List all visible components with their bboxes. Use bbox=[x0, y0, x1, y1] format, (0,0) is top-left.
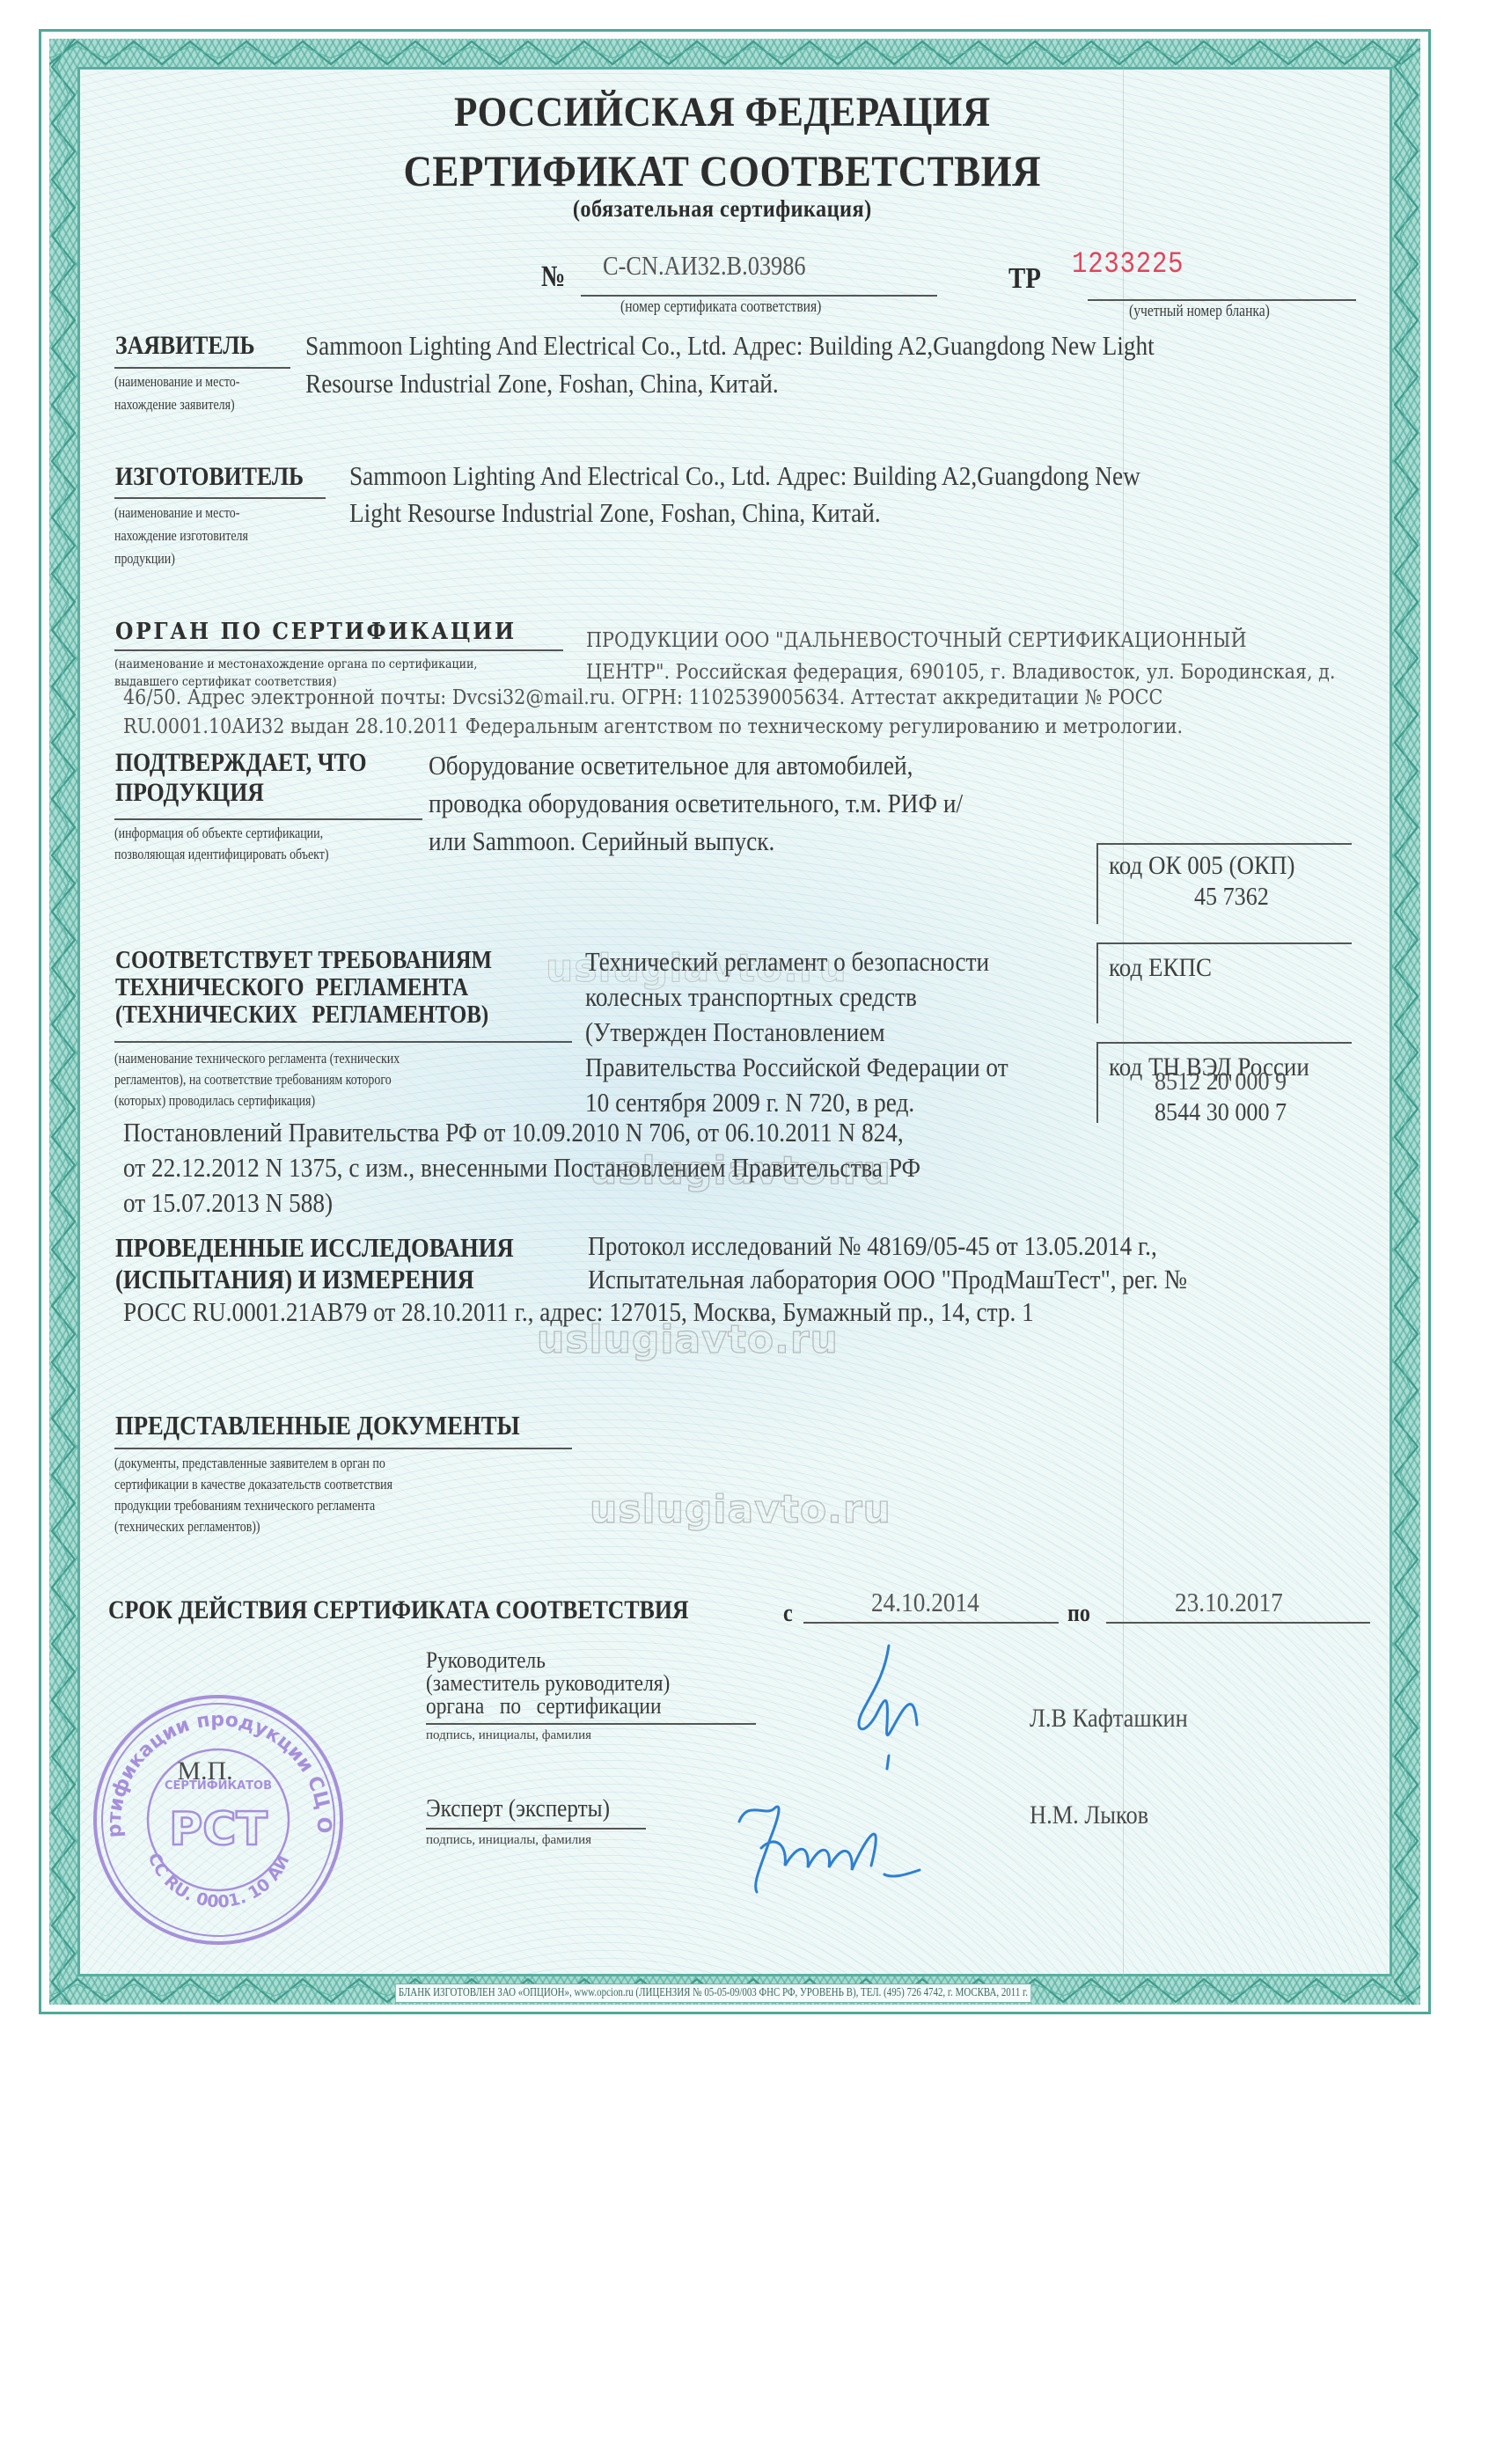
validity-to-date: 23.10.2017 bbox=[1175, 1582, 1283, 1623]
regulation-caption-1: (наименование технического регламента (т… bbox=[114, 1047, 400, 1070]
blank-imprint-footer: БЛАНК ИЗГОТОВЛЕН ЗАО «ОПЦИОН», www.opcio… bbox=[395, 1984, 1031, 2003]
manufacturer-label-rule bbox=[114, 497, 326, 499]
validity-from-word: с bbox=[783, 1600, 793, 1628]
tests-label-1: ПРОВЕДЕННЫЕ ИССЛЕДОВАНИЯ bbox=[115, 1232, 514, 1264]
cert-body-label-rule bbox=[114, 649, 563, 651]
tests-continuation: РОСС RU.0001.21АВ79 от 28.10.2011 г., ад… bbox=[123, 1292, 1034, 1332]
documents-caption-1: (документы, представленные заявителем в … bbox=[114, 1452, 385, 1475]
regulation-caption-2: регламентов), на соответствие требования… bbox=[114, 1068, 392, 1091]
country-title: РОССИЙСКАЯ ФЕДЕРАЦИЯ bbox=[75, 88, 1421, 136]
product-line-3: или Sammoon. Серийный выпуск. bbox=[429, 821, 774, 862]
head-title-2: (заместитель руководителя) bbox=[426, 1672, 670, 1695]
head-signature-caption: подпись, инициалы, фамилия bbox=[426, 1728, 591, 1743]
product-line-1: Оборудование осветительное для автомобил… bbox=[429, 745, 913, 786]
certificate-subtitle: (обязательная сертификация) bbox=[75, 195, 1421, 223]
documents-caption-3: продукции требованиям технического регла… bbox=[114, 1494, 375, 1517]
code-box-ekps-left bbox=[1096, 942, 1098, 1023]
expert-signature-handwriting bbox=[722, 1786, 942, 1901]
watermark: uslugiavto.ru bbox=[590, 1487, 891, 1532]
code-ekps-label: код ЕКПС bbox=[1109, 953, 1212, 982]
validity-from-date: 24.10.2014 bbox=[871, 1582, 979, 1623]
code-box-tnved-top bbox=[1096, 1042, 1352, 1044]
applicant-line-2: Resourse Industrial Zone, Foshan, China,… bbox=[305, 363, 779, 404]
number-sign: № bbox=[541, 260, 565, 294]
expert-name: Н.М. Лыков bbox=[1030, 1795, 1148, 1836]
validity-to-word: по bbox=[1067, 1600, 1090, 1628]
code-box-ekps-top bbox=[1096, 942, 1352, 944]
tests-label-2: (ИСПЫТАНИЯ) И ИЗМЕРЕНИЯ bbox=[115, 1264, 474, 1295]
head-title-1: Руководитель bbox=[426, 1649, 546, 1672]
applicant-label-rule bbox=[114, 367, 290, 369]
head-signature-rule bbox=[426, 1723, 756, 1725]
expert-signature-caption: подпись, инициалы, фамилия bbox=[426, 1833, 591, 1848]
regulation-label-1: СООТВЕТСТВУЕТ ТРЕБОВАНИЯМ bbox=[115, 946, 492, 975]
product-caption-1: (информация об объекте сертификации, bbox=[114, 822, 323, 845]
certificate-number: C-CN.АИ32.В.03986 bbox=[603, 250, 806, 282]
validity-label: СРОК ДЕЙСТВИЯ СЕРТИФИКАТА СООТВЕТСТВИЯ bbox=[108, 1595, 689, 1625]
documents-caption-2: сертификации в качестве доказательств со… bbox=[114, 1473, 392, 1496]
head-signature-handwriting bbox=[836, 1641, 933, 1782]
zigzag-border-right bbox=[1392, 39, 1420, 2005]
product-label-2: ПРОДУКЦИЯ bbox=[115, 778, 264, 808]
manufacturer-line-1: Sammoon Lighting And Electrical Co., Ltd… bbox=[349, 456, 1140, 496]
zigzag-border-top bbox=[49, 39, 1420, 67]
head-name: Л.В Кафташкин bbox=[1030, 1698, 1188, 1739]
product-caption-2: позволяющая идентифицировать объект) bbox=[114, 843, 329, 866]
product-line-2: проводка оборудования осветительного, т.… bbox=[429, 783, 963, 824]
regulation-continuation-3: от 15.07.2013 N 588) bbox=[123, 1183, 333, 1223]
manufacturer-caption-2: нахождение изготовителя bbox=[114, 524, 248, 547]
seal-label: М.П. bbox=[177, 1756, 232, 1786]
regulation-label-3: (ТЕХНИЧЕСКИХ РЕГЛАМЕНТОВ) bbox=[115, 1001, 488, 1030]
regulation-label-2: ТЕХНИЧЕСКОГО РЕГЛАМЕНТА bbox=[115, 973, 468, 1002]
expert-signature-rule bbox=[426, 1828, 646, 1830]
manufacturer-caption-1: (наименование и место- bbox=[114, 502, 239, 524]
applicant-line-1: Sammoon Lighting And Electrical Co., Ltd… bbox=[305, 326, 1155, 366]
blank-prefix: ТР bbox=[1008, 262, 1041, 296]
cert-body-line-4: RU.0001.10АИ32 выдан 28.10.2011 Федераль… bbox=[123, 713, 1183, 742]
manufacturer-line-2: Light Resourse Industrial Zone, Foshan, … bbox=[349, 493, 881, 533]
code-tnved-value-1: 8512 20 000 9 bbox=[1155, 1067, 1287, 1096]
code-tnved-value-2: 8544 30 000 7 bbox=[1155, 1098, 1287, 1127]
certificate-number-caption: (номер сертификата соответствия) bbox=[620, 296, 821, 319]
product-label-1: ПОДТВЕРЖДАЕТ, ЧТО bbox=[115, 748, 367, 778]
product-label-rule bbox=[114, 818, 422, 820]
certification-body-stamp: Орган по сертификации продукции СЦ ООО «… bbox=[86, 1688, 350, 1952]
regulation-caption-3: (которых) проводилась сертификация) bbox=[114, 1089, 315, 1112]
expert-title: Эксперт (эксперты) bbox=[426, 1795, 610, 1823]
validity-from-underline bbox=[803, 1622, 1059, 1624]
code-box-okp-top bbox=[1096, 843, 1352, 845]
zigzag-border-left bbox=[49, 39, 77, 2005]
cert-body-line-1: ПРОДУКЦИИ ООО "ДАЛЬНЕВОСТОЧНЫЙ СЕРТИФИКА… bbox=[586, 627, 1247, 656]
applicant-caption-2: нахождение заявителя) bbox=[114, 393, 235, 416]
documents-label-rule bbox=[114, 1448, 572, 1449]
code-box-okp-left bbox=[1096, 843, 1098, 924]
manufacturer-label: ИЗГОТОВИТЕЛЬ bbox=[115, 462, 304, 492]
validity-to-underline bbox=[1106, 1622, 1370, 1624]
manufacturer-caption-3: продукции) bbox=[114, 547, 175, 570]
blank-number: 1233225 bbox=[1072, 248, 1184, 282]
cert-body-line-3: 46/50. Адрес электронной почты: Dvcsi32@… bbox=[123, 684, 1162, 713]
stamp-rst-logo: РСТ bbox=[169, 1803, 268, 1856]
code-okp-label: код ОК 005 (ОКП) bbox=[1109, 851, 1294, 880]
cert-body-label: ОРГАН ПО СЕРТИФИКАЦИИ bbox=[115, 619, 517, 645]
documents-label: ПРЕДСТАВЛЕННЫЕ ДОКУМЕНТЫ bbox=[115, 1410, 520, 1441]
certificate-title: СЕРТИФИКАТ СООТВЕТСТВИЯ bbox=[75, 145, 1421, 196]
regulation-label-rule bbox=[114, 1041, 572, 1043]
applicant-caption-1: (наименование и место- bbox=[114, 370, 239, 393]
head-title-3: органа по сертификации bbox=[426, 1695, 661, 1718]
documents-caption-4: (технических регламентов)) bbox=[114, 1515, 260, 1538]
code-box-tnved-left bbox=[1096, 1042, 1098, 1123]
applicant-label: ЗАЯВИТЕЛЬ bbox=[115, 331, 255, 361]
blank-number-caption: (учетный номер бланка) bbox=[1129, 300, 1270, 323]
code-okp-value: 45 7362 bbox=[1194, 883, 1269, 912]
